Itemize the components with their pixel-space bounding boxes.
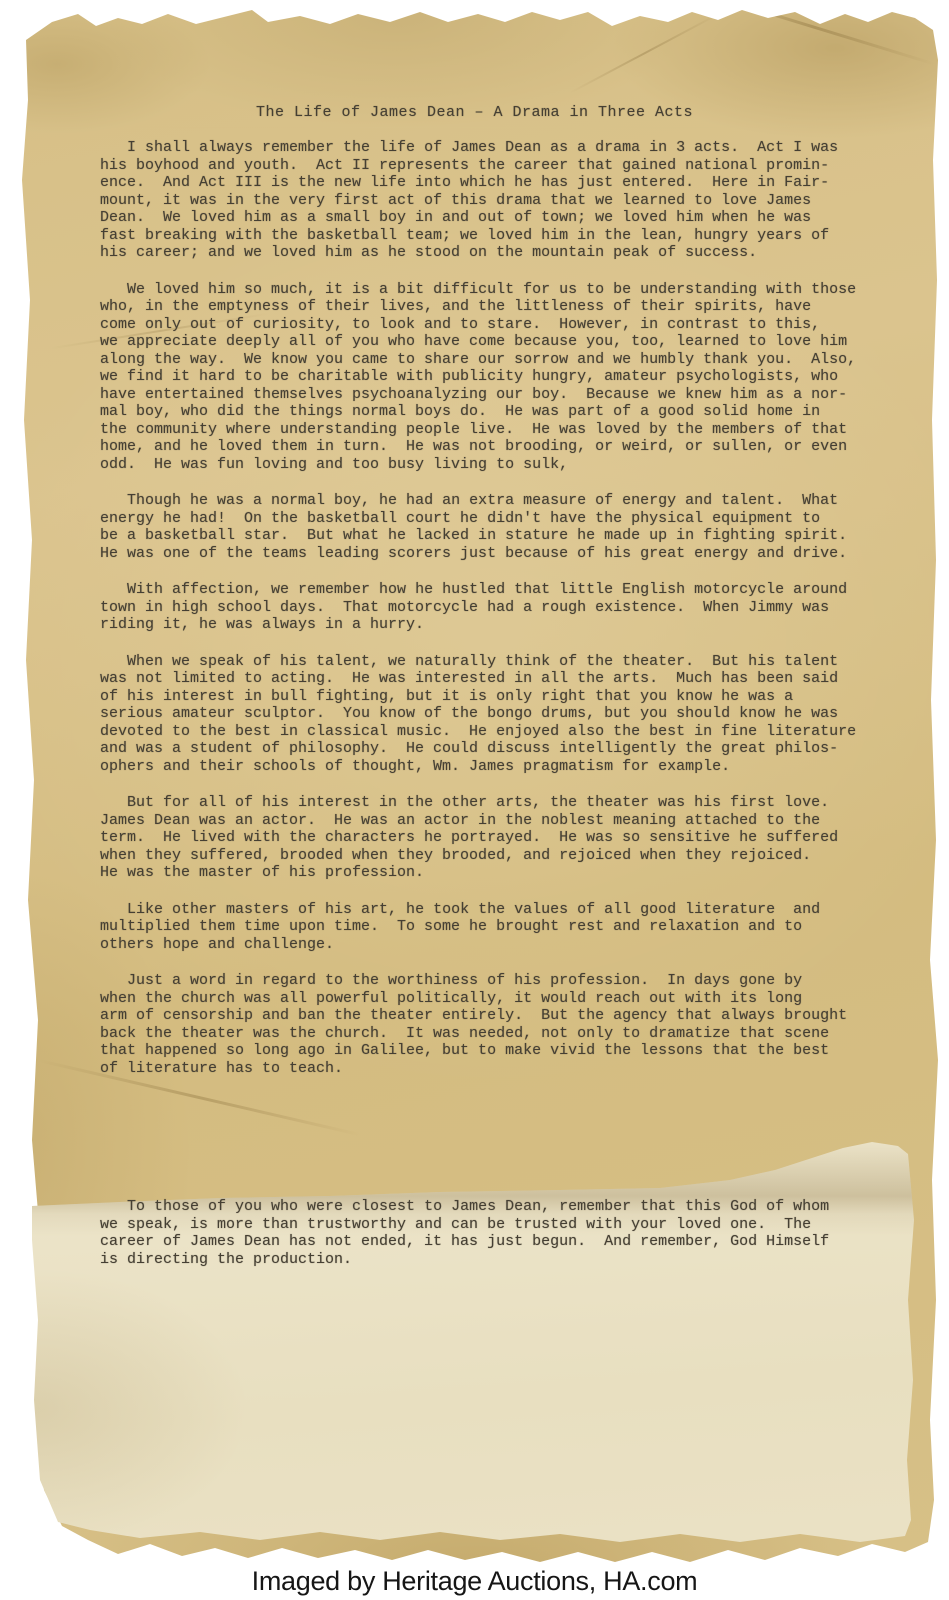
document-body: I shall always remember the life of Jame… [100, 139, 900, 1096]
document-scan: The Life of James Dean – A Drama in Thre… [0, 0, 949, 1600]
footer-credit: Imaged by Heritage Auctions, HA.com [0, 1565, 949, 1597]
typed-paragraph: But for all of his interest in the other… [100, 794, 900, 882]
typed-paragraph: Like other masters of his art, he took t… [100, 901, 900, 954]
document-title: The Life of James Dean – A Drama in Thre… [0, 104, 949, 122]
typed-paragraph: Though he was a normal boy, he had an ex… [100, 492, 900, 562]
typed-paragraph: We loved him so much, it is a bit diffic… [100, 281, 900, 474]
typed-paragraph: With affection, we remember how he hustl… [100, 581, 900, 634]
typed-paragraph: I shall always remember the life of Jame… [100, 139, 900, 262]
typed-paragraph: Just a word in regard to the worthiness … [100, 972, 900, 1077]
typed-paragraph-final: To those of you who were closest to Jame… [100, 1198, 900, 1268]
typed-paragraph: When we speak of his talent, we naturall… [100, 653, 900, 776]
typed-text-layer: The Life of James Dean – A Drama in Thre… [0, 0, 949, 1600]
